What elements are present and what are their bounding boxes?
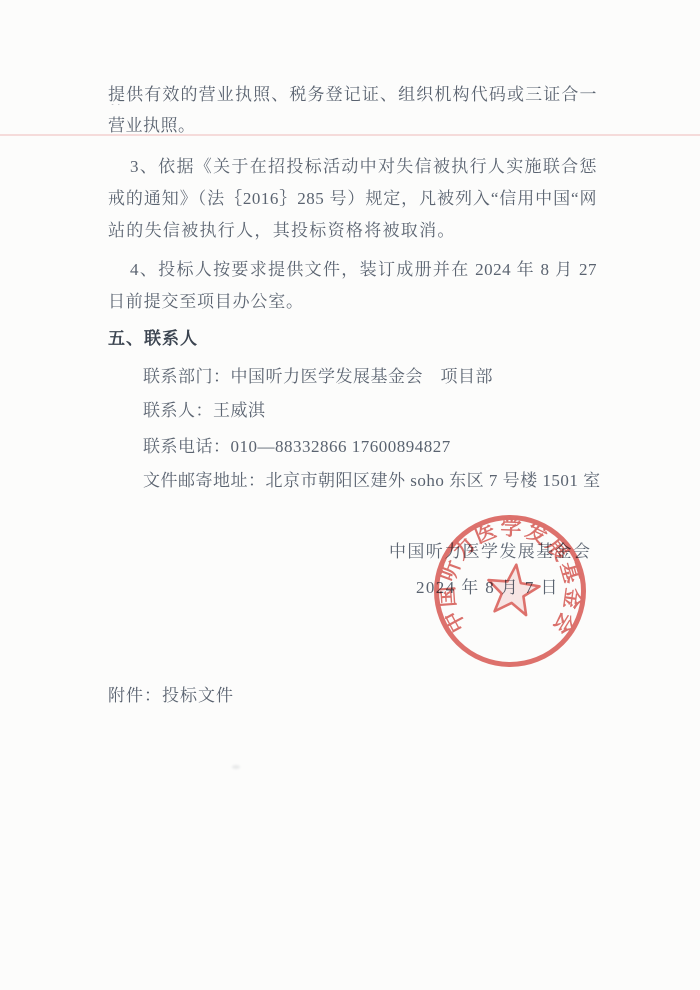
contact-phone: 联系电话：010—88332866 17600894827 [143, 437, 451, 456]
clause4-line-1: 4、投标人按要求提供文件，装订成册并在 2024 年 8 月 27 [130, 260, 597, 280]
clause3-line-3: 站的失信被执行人，其投标资格将被取消。 [108, 221, 456, 240]
contact-person: 联系人：王威淇 [143, 401, 266, 420]
intro-line-1: 提供有效的营业执照、税务登记证、组织机构代码或三证合一的 [108, 85, 597, 105]
five-pointed-star-icon [485, 562, 542, 617]
contact-mail-address: 文件邮寄地址：北京市朝阳区建外 soho 东区 7 号楼 1501 室 [143, 471, 601, 490]
official-seal: 中国听力医学发展基金会 [433, 514, 587, 668]
section-heading-contacts: 五、联系人 [108, 329, 198, 348]
clause3-line-2: 戒的通知》（法｛2016｝285 号）规定，凡被列入“信用中国“网 [108, 189, 597, 209]
clause4-line-2: 日前提交至项目办公室。 [108, 292, 304, 311]
scan-artifact-line [0, 134, 700, 136]
intro-line-2: 营业执照。 [108, 116, 196, 135]
contact-department: 联系部门：中国听力医学发展基金会 项目部 [143, 367, 493, 386]
attachment-note: 附件：投标文件 [108, 686, 234, 705]
scan-speck [232, 765, 240, 769]
clause3-line-1: 3、依据《关于在招投标活动中对失信被执行人实施联合惩 [130, 157, 597, 177]
scanned-document-page: 提供有效的营业执照、税务登记证、组织机构代码或三证合一的 营业执照。 3、依据《… [0, 0, 700, 990]
